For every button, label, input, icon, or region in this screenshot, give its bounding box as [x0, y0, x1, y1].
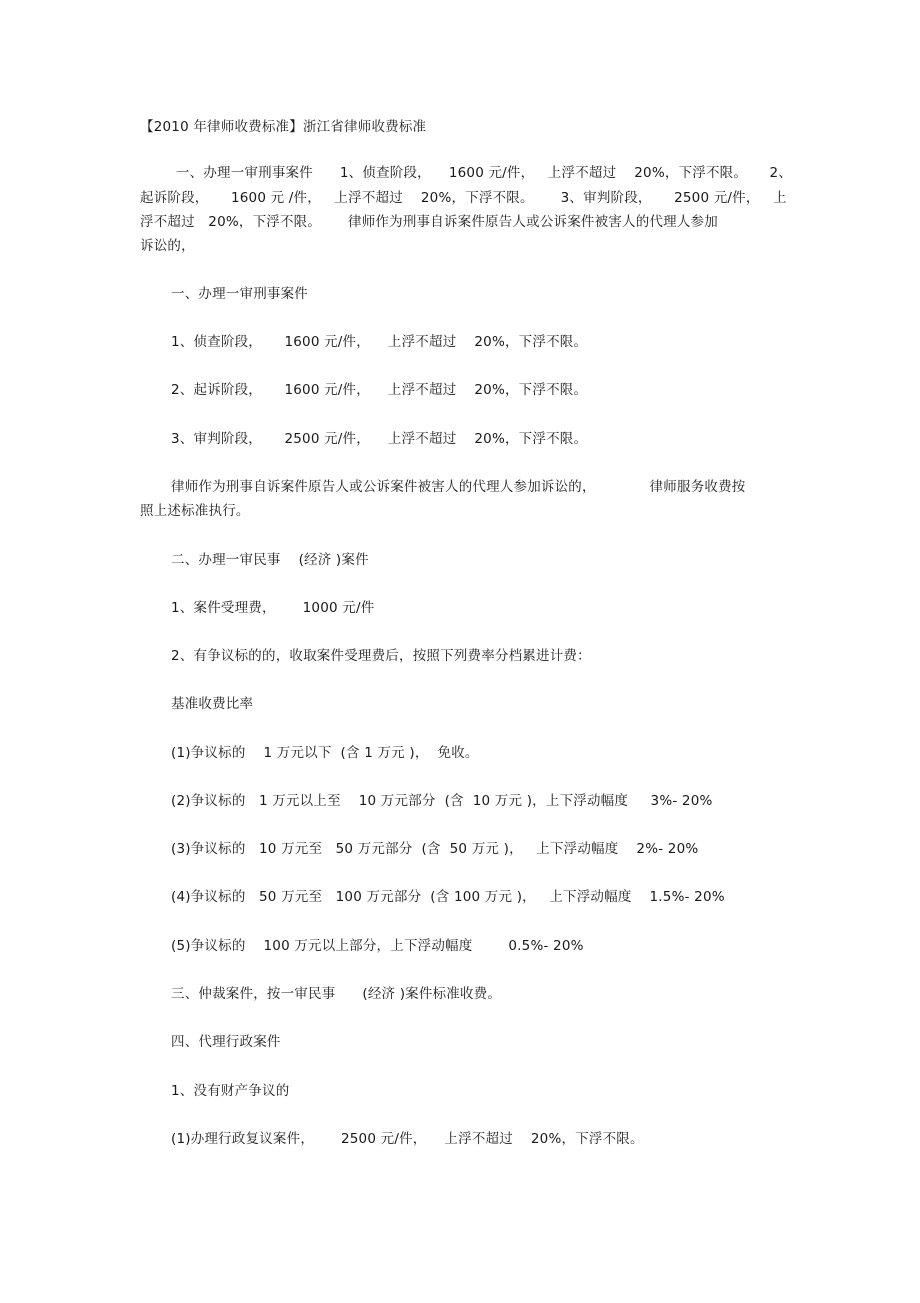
section-heading-civil: 二、办理一审民事 (经济 )案件: [171, 551, 369, 569]
paragraph-line: 律师作为刑事自诉案件原告人或公诉案件被害人的代理人参加诉讼的， 律师服务收费按: [171, 478, 746, 496]
list-item: 3、审判阶段， 2500 元/件， 上浮不超过 20%，下浮不限。: [171, 430, 587, 448]
rate-item: (3)争议标的 10 万元至 50 万元部分 (含 50 万元 )， 上下浮动幅…: [171, 840, 698, 858]
section-heading-administrative: 四、代理行政案件: [171, 1033, 281, 1051]
rate-item: (2)争议标的 1 万元以上至 10 万元部分 (含 10 万元 )，上下浮动幅…: [171, 792, 713, 810]
rate-heading: 基准收费比率: [171, 695, 253, 713]
list-item: 1、没有财产争议的: [171, 1082, 289, 1100]
list-item: 1、案件受理费， 1000 元/件: [171, 599, 374, 617]
document-page: 【2010 年律师收费标准】浙江省律师收费标准 一、办理一审刑事案件 1、侦查阶…: [0, 0, 920, 1303]
section-heading-criminal: 一、办理一审刑事案件: [171, 285, 308, 303]
rate-item: (1)争议标的 1 万元以下 (含 1 万元 )， 免收。: [171, 744, 479, 762]
intro-paragraph-line-3: 浮不超过 20%，下浮不限。 律师作为刑事自诉案件原告人或公诉案件被害人的代理人…: [140, 213, 780, 231]
list-item: (1)办理行政复议案件， 2500 元/件， 上浮不超过 20%，下浮不限。: [171, 1130, 644, 1148]
list-item: 2、有争议标的的，收取案件受理费后，按照下列费率分档累进计费：: [171, 647, 591, 665]
intro-paragraph-line-2: 起诉阶段， 1600 元 /件， 上浮不超过 20%，下浮不限。 3、审判阶段，…: [140, 189, 780, 207]
rate-item: (5)争议标的 100 万元以上部分，上下浮动幅度 0.5%- 20%: [171, 937, 584, 955]
intro-paragraph-line-1: 一、办理一审刑事案件 1、侦查阶段， 1600 元/件， 上浮不超过 20%，下…: [140, 164, 780, 182]
section-heading-arbitration: 三、仲裁案件，按一审民事 (经济 )案件标准收费。: [171, 985, 501, 1003]
intro-paragraph-line-4: 诉讼的，: [140, 237, 780, 255]
rate-item: (4)争议标的 50 万元至 100 万元部分 (含 100 万元 )， 上下浮…: [171, 888, 725, 906]
list-item: 2、起诉阶段， 1600 元/件， 上浮不超过 20%，下浮不限。: [171, 381, 587, 399]
list-item: 1、侦查阶段， 1600 元/件， 上浮不超过 20%，下浮不限。: [171, 333, 587, 351]
document-title: 【2010 年律师收费标准】浙江省律师收费标准: [140, 118, 426, 136]
paragraph-line: 照上述标准执行。: [140, 502, 780, 520]
